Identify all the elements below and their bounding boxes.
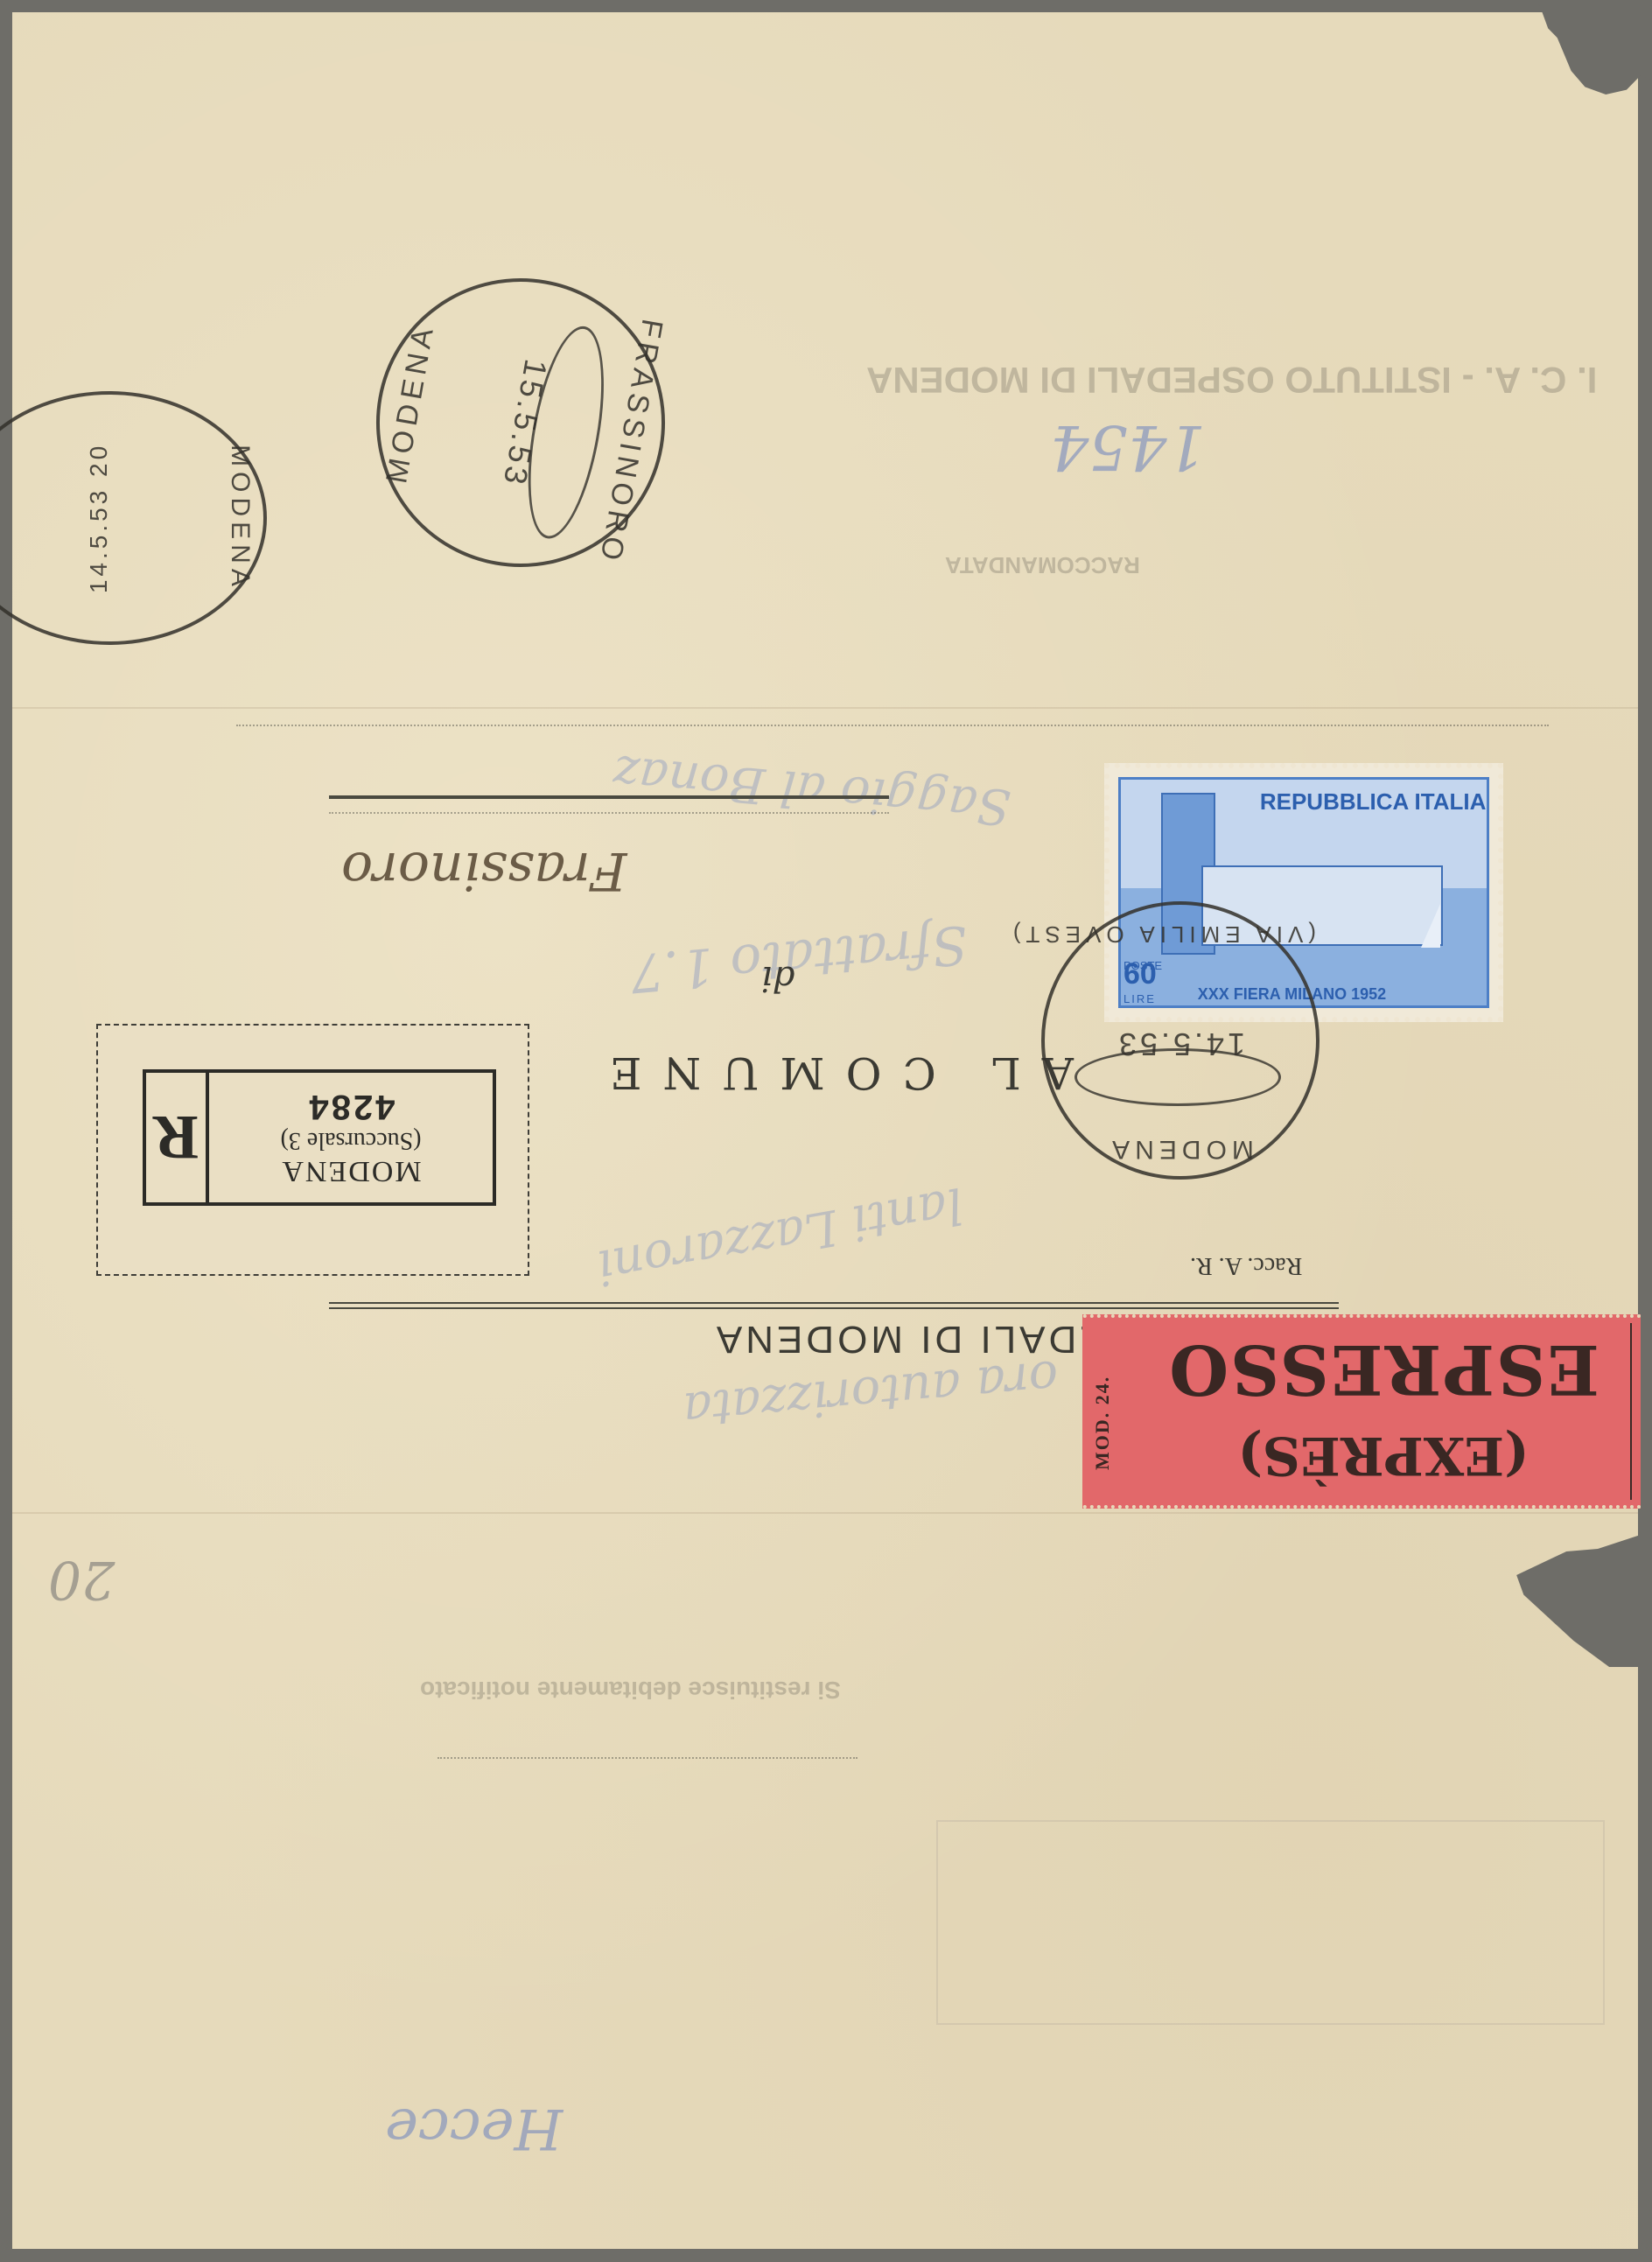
address-dotted-rule — [329, 812, 889, 814]
postmark-town: MODENA — [1045, 1134, 1316, 1164]
postmark-date: 14.5.53 — [1045, 1026, 1316, 1062]
printed-racc-ar: Racc. A. R. — [1190, 1251, 1302, 1279]
printed-al-comune: AL COMUNE — [560, 1046, 1102, 1098]
stamp-sailboat — [1421, 904, 1440, 948]
registration-branch: (Succursale 3) — [281, 1127, 422, 1155]
faded-letterhead: I. C. A. - ISTITUTO OSPEDALI DI MODENA — [866, 359, 1597, 401]
registration-box: MODENA (Succursale 3) 4284 R — [143, 1069, 496, 1206]
faded-rule — [236, 725, 1549, 726]
address-rule — [329, 795, 889, 799]
express-word: ESPRESSO — [1152, 1329, 1614, 1409]
pencil-bottom-note: Hecce — [385, 2096, 563, 2160]
registration-number: 4284 — [307, 1088, 395, 1127]
express-subword: (EXPRÈS) — [1152, 1425, 1614, 1486]
heading-rule — [329, 1302, 1339, 1304]
express-label: (EXPRÈS) ESPRESSO MOD. 24. — [1082, 1314, 1641, 1509]
faded-form-line: RACCOMANDATA — [945, 551, 1140, 578]
faded-footer: Si restituisce debitamente notificato — [420, 1676, 841, 1704]
postmark-town: MODENA — [225, 395, 255, 641]
handwritten-town: Frassinoro — [341, 840, 626, 901]
pencil-number: 1454 — [1050, 411, 1206, 483]
postmark-date: 14.5.53 20 — [85, 395, 113, 641]
fold-line — [12, 1512, 1638, 1514]
faded-box — [936, 1820, 1605, 2025]
postmark-street: (VIA EMILIA OVEST) — [1045, 921, 1316, 948]
faded-rule — [437, 1757, 857, 1759]
heading-rule — [329, 1307, 1339, 1309]
postmark-modena-left: PRIVILEGIATA 14.5.53 20 MODENA — [0, 391, 267, 645]
registration-letter: R — [146, 1073, 209, 1202]
registration-office: MODENA — [280, 1155, 421, 1188]
express-model: MOD. 24. — [1091, 1376, 1114, 1470]
printed-di: di — [761, 958, 794, 998]
fold-line — [12, 707, 1638, 709]
pencil-margin-note: 20 — [48, 1549, 115, 1610]
stamp-country: REPUBBLICA ITALIANA — [1260, 788, 1489, 816]
postmark-modena-emilia: MODENA 14.5.53 (VIA EMILIA OVEST) — [1041, 901, 1319, 1180]
registration-label: MODENA (Succursale 3) 4284 R — [96, 1024, 529, 1276]
